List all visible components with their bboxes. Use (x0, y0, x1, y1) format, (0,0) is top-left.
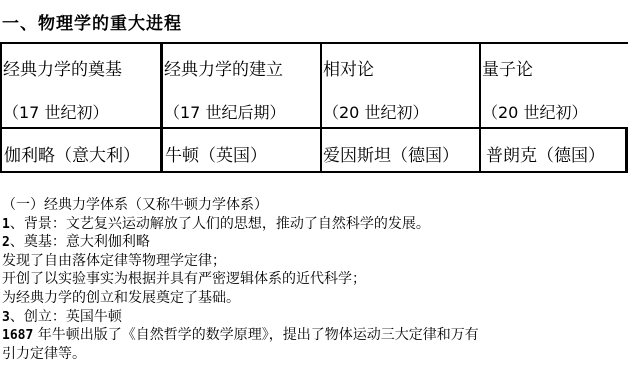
body-content: （一）经典力学体系（又称牛顿力学体系） 1、背景：文艺复兴运动解放了人们的思想，… (2, 196, 479, 363)
section-title: （一）经典力学体系（又称牛顿力学体系） (2, 196, 479, 215)
paragraph-line: 引力定律等。 (2, 345, 479, 364)
item-establishment: 3、创立：英国牛顿 (2, 308, 479, 327)
column-title: 量子论 (482, 60, 533, 80)
column-period: （17 世纪后期） (164, 100, 285, 123)
column-period: （20 世纪初） (482, 100, 587, 123)
paragraph-line: 为经典力学的创立和发展奠定了基础。 (2, 289, 479, 308)
table-header-cell: 经典力学的奠基 （17 世纪初） (3, 55, 122, 123)
column-title: 相对论 (323, 60, 374, 80)
page-heading: 一、物理学的重大进程 (2, 9, 182, 34)
table-cell-person: 伽利略（意大利） (4, 141, 140, 166)
table-cell-person: 牛顿（英国） (165, 141, 267, 166)
column-period: （17 世纪初） (3, 100, 122, 123)
column-title: 经典力学的奠基 (3, 60, 122, 80)
paragraph-line: 发现了自由落体定律等物理学定律； (2, 252, 479, 271)
table-border-middle (0, 127, 628, 129)
item-foundation: 2、奠基：意大利伽利略 (2, 233, 479, 252)
column-title: 经典力学的建立 (164, 60, 283, 80)
table-cell-person: 爱因斯坦（德国） (323, 141, 459, 166)
table-header-cell: 量子论 （20 世纪初） (482, 55, 587, 123)
paragraph-line: 1687 年牛顿出版了《自然哲学的数学原理》，提出了物体运动三大定律和万有 (2, 326, 479, 345)
table-border-bottom (0, 171, 628, 173)
table-header-cell: 经典力学的建立 （17 世纪后期） (164, 55, 285, 123)
table-divider-3 (479, 42, 481, 173)
table-border-right (625, 127, 628, 173)
table-divider-2 (320, 42, 322, 173)
table-border-top (0, 42, 628, 44)
column-period: （20 世纪初） (323, 100, 428, 123)
table-border-left (0, 42, 2, 173)
table-header-cell: 相对论 （20 世纪初） (323, 55, 428, 123)
item-background: 1、背景：文艺复兴运动解放了人们的思想，推动了自然科学的发展。 (2, 215, 479, 234)
paragraph-line: 开创了以实验事实为根据并具有严密逻辑体系的近代科学； (2, 270, 479, 289)
table-cell-person: 普朗克（德国） (486, 141, 605, 166)
table-divider-1 (160, 42, 163, 173)
